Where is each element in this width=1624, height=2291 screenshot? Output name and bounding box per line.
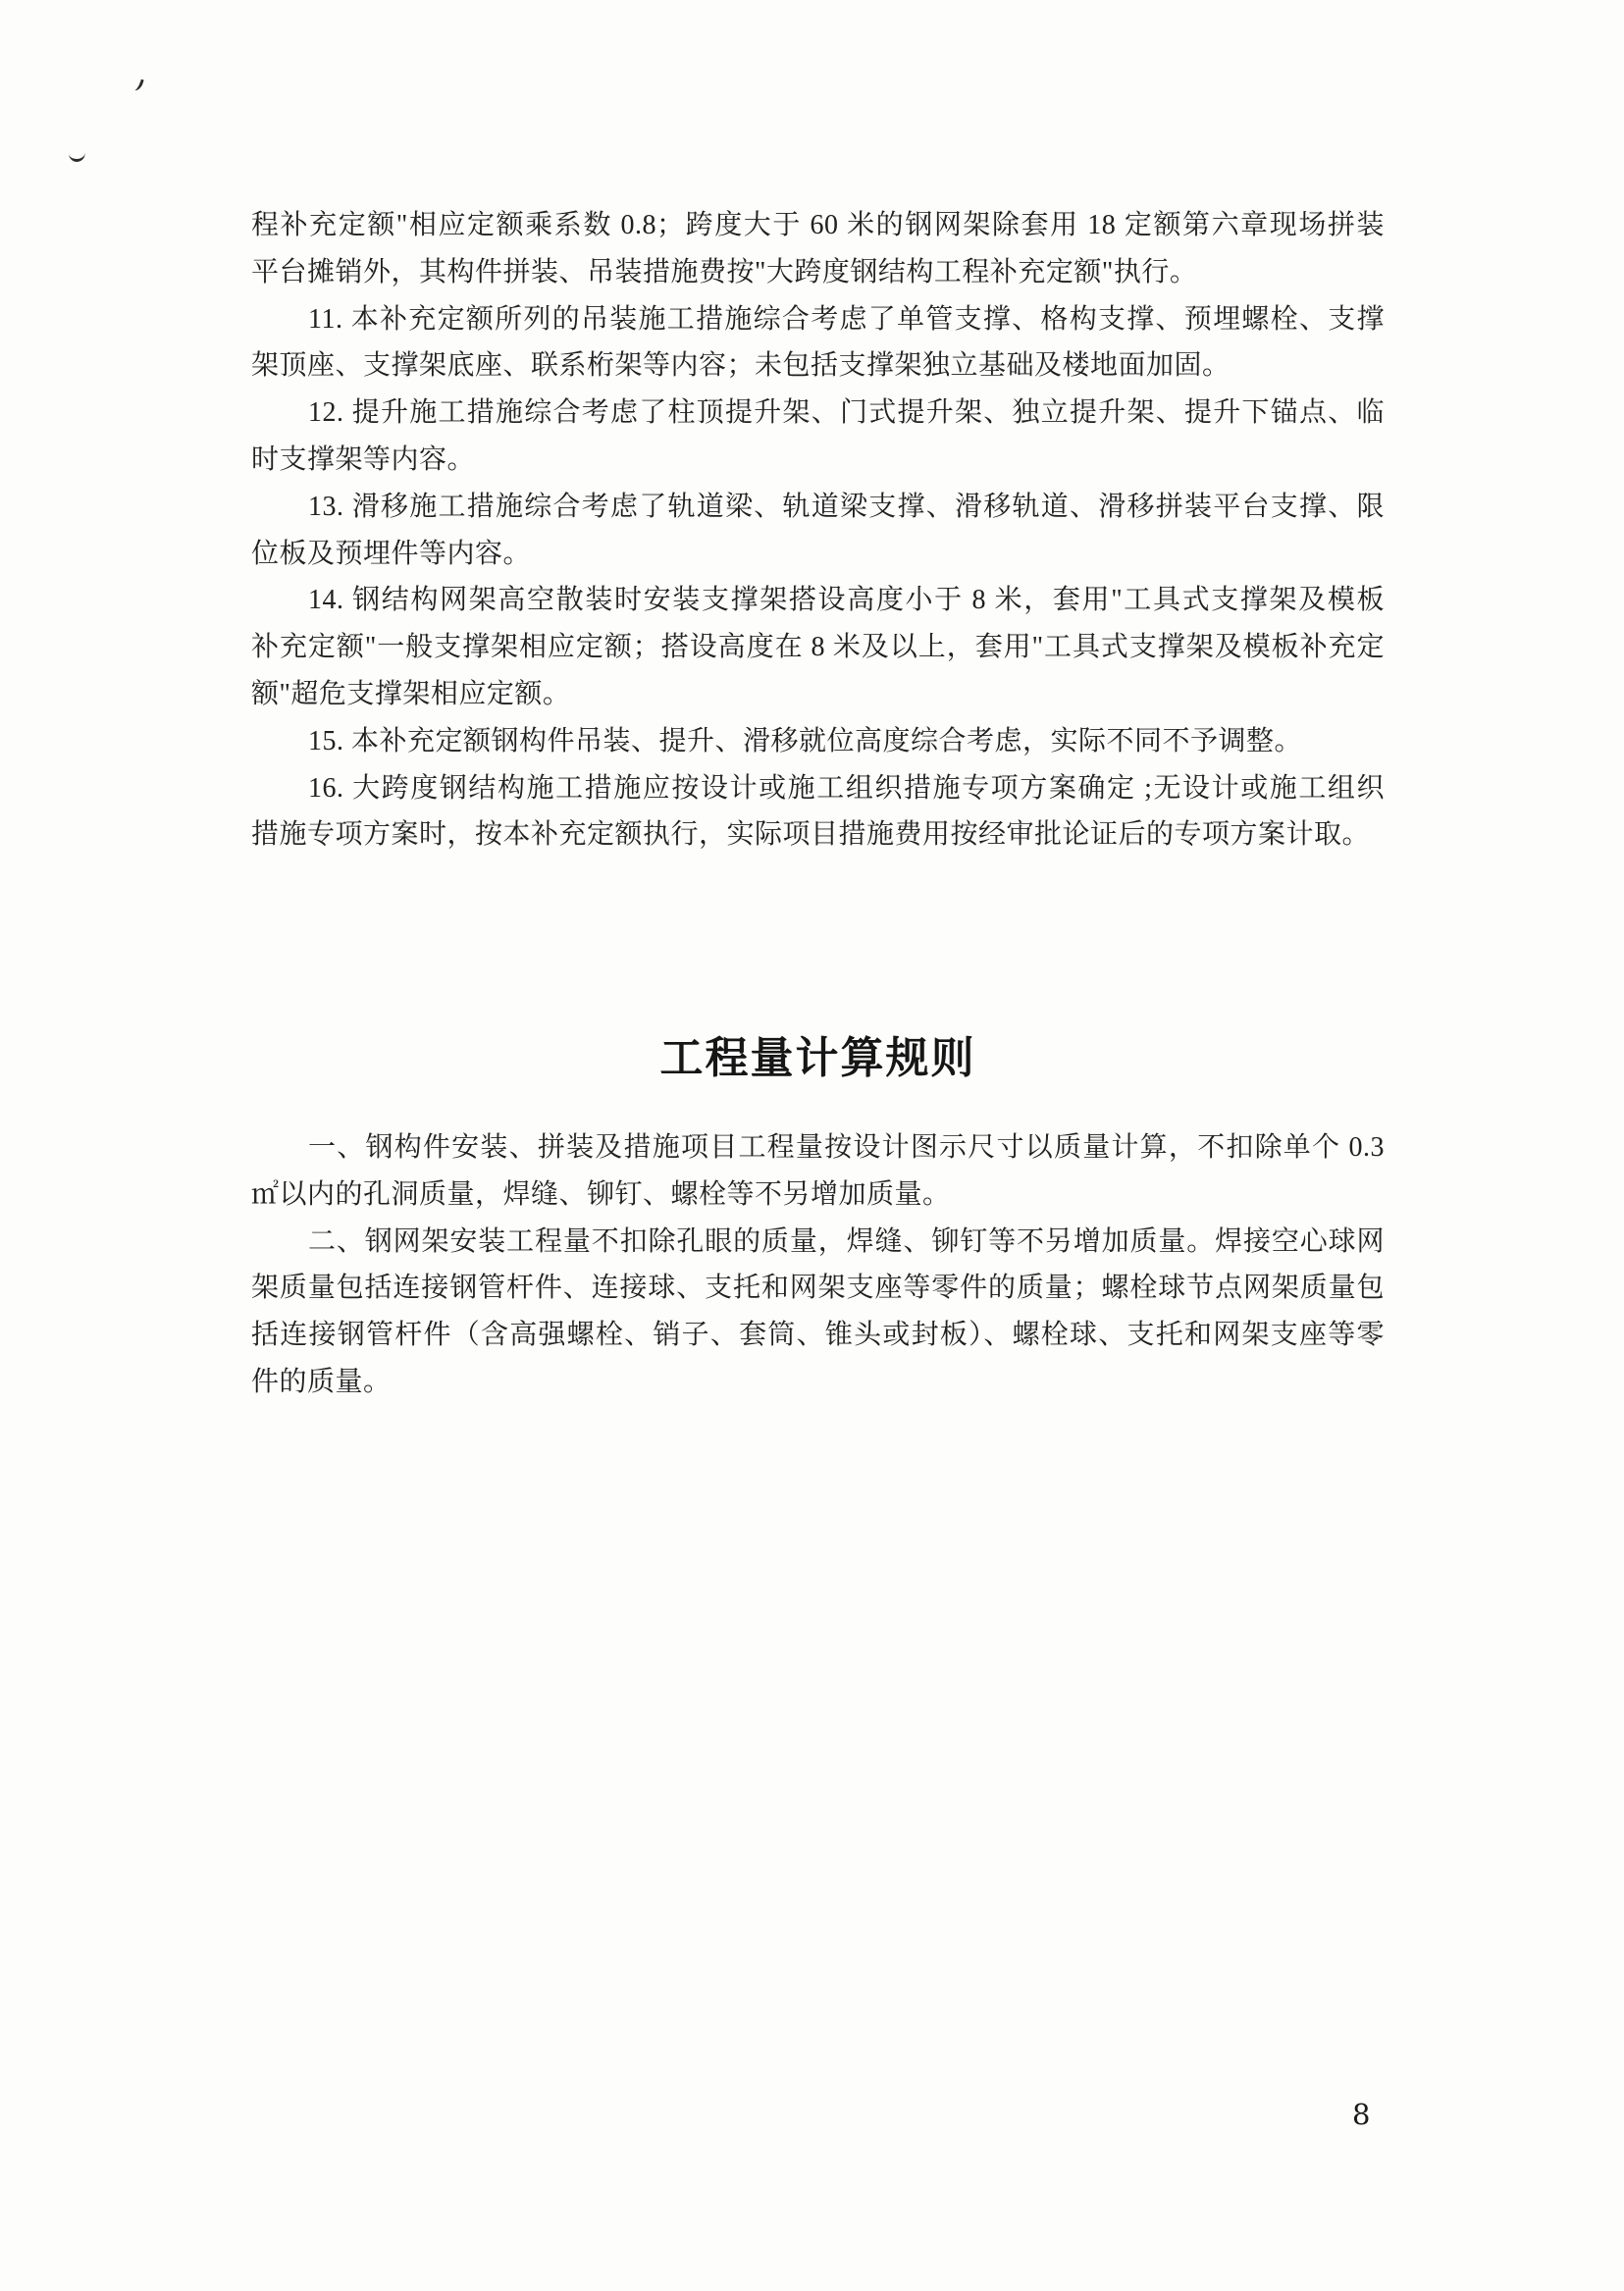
section-title: 工程量计算规则	[251, 1022, 1385, 1085]
paragraph-item-15: 15. 本补充定额钢构件吊装、提升、滑移就位高度综合考虑，实际不同不予调整。	[251, 718, 1385, 765]
page-number: 8	[1352, 2098, 1370, 2131]
text-line: 补充定额"一般支撑架相应定额；搭设高度在 8 米及以上，套用"工具式支撑架及模板…	[251, 624, 1385, 671]
paragraph-rule-2: 二、钢网架安装工程量不扣除孔眼的质量，焊缝、铆钉等不另增加质量。焊接空心球网架质…	[251, 1219, 1385, 1406]
paragraph-item-14: 14. 钢结构网架高空散装时安装支撑架搭设高度小于 8 米，套用"工具式支撑架及…	[251, 577, 1385, 717]
text-line: 平台摊销外，其构件拼装、吊装措施费按"大跨度钢结构工程补充定额"执行。	[251, 249, 1385, 296]
text-line: 二、钢网架安装工程量不扣除孔眼的质量，焊缝、铆钉等不另增加质量。焊接空心球网	[251, 1219, 1385, 1266]
text-line: 架顶座、支撑架底座、联系桁架等内容；未包括支撑架独立基础及楼地面加固。	[251, 342, 1385, 390]
paragraph-rule-1: 一、钢构件安装、拼装及措施项目工程量按设计图示尺寸以质量计算，不扣除单个 0.3…	[251, 1124, 1385, 1219]
rules-section: 一、钢构件安装、拼装及措施项目工程量按设计图示尺寸以质量计算，不扣除单个 0.3…	[251, 1124, 1385, 1406]
text-line: 12. 提升施工措施综合考虑了柱顶提升架、门式提升架、独立提升架、提升下锚点、临	[251, 390, 1385, 437]
notes-section: 程补充定额"相应定额乘系数 0.8；跨度大于 60 米的钢网架除套用 18 定额…	[251, 202, 1385, 859]
text-line: 时支撑架等内容。	[251, 437, 1385, 484]
paragraph-item-12: 12. 提升施工措施综合考虑了柱顶提升架、门式提升架、独立提升架、提升下锚点、临…	[251, 390, 1385, 484]
text-line: 括连接钢管杆件（含高强螺栓、销子、套筒、锥头或封板）、螺栓球、支托和网架支座等零	[251, 1312, 1385, 1359]
paragraph-item-16: 16. 大跨度钢结构施工措施应按设计或施工组织措施专项方案确定 ;无设计或施工组…	[251, 765, 1385, 859]
text-line: 件的质量。	[251, 1359, 1385, 1406]
text-line: 架质量包括连接钢管杆件、连接球、支托和网架支座等零件的质量；螺栓球节点网架质量包	[251, 1265, 1385, 1312]
document-page: 程补充定额"相应定额乘系数 0.8；跨度大于 60 米的钢网架除套用 18 定额…	[0, 0, 1624, 2291]
scan-artifact	[132, 78, 144, 92]
text-line: 16. 大跨度钢结构施工措施应按设计或施工组织措施专项方案确定 ;无设计或施工组…	[251, 765, 1385, 812]
paragraph-item-11: 11. 本补充定额所列的吊装施工措施综合考虑了单管支撑、格构支撑、预埋螺栓、支撑…	[251, 296, 1385, 391]
text-line: 13. 滑移施工措施综合考虑了轨道梁、轨道梁支撑、滑移轨道、滑移拼装平台支撑、限	[251, 484, 1385, 531]
text-line: 位板及预埋件等内容。	[251, 531, 1385, 578]
text-line: 一、钢构件安装、拼装及措施项目工程量按设计图示尺寸以质量计算，不扣除单个 0.3	[251, 1124, 1385, 1172]
text-line: 15. 本补充定额钢构件吊装、提升、滑移就位高度综合考虑，实际不同不予调整。	[251, 718, 1385, 765]
text-line: 14. 钢结构网架高空散装时安装支撑架搭设高度小于 8 米，套用"工具式支撑架及…	[251, 577, 1385, 624]
paragraph-continuation: 程补充定额"相应定额乘系数 0.8；跨度大于 60 米的钢网架除套用 18 定额…	[251, 202, 1385, 296]
paragraph-item-13: 13. 滑移施工措施综合考虑了轨道梁、轨道梁支撑、滑移轨道、滑移拼装平台支撑、限…	[251, 484, 1385, 578]
text-line: 程补充定额"相应定额乘系数 0.8；跨度大于 60 米的钢网架除套用 18 定额…	[251, 202, 1385, 249]
scan-artifact	[69, 148, 86, 162]
text-line: 措施专项方案时，按本补充定额执行，实际项目措施费用按经审批论证后的专项方案计取。	[251, 811, 1385, 859]
text-line: 额"超危支撑架相应定额。	[251, 671, 1385, 718]
text-line: 11. 本补充定额所列的吊装施工措施综合考虑了单管支撑、格构支撑、预埋螺栓、支撑	[251, 296, 1385, 343]
text-line: ㎡以内的孔洞质量，焊缝、铆钉、螺栓等不另增加质量。	[251, 1172, 1385, 1219]
